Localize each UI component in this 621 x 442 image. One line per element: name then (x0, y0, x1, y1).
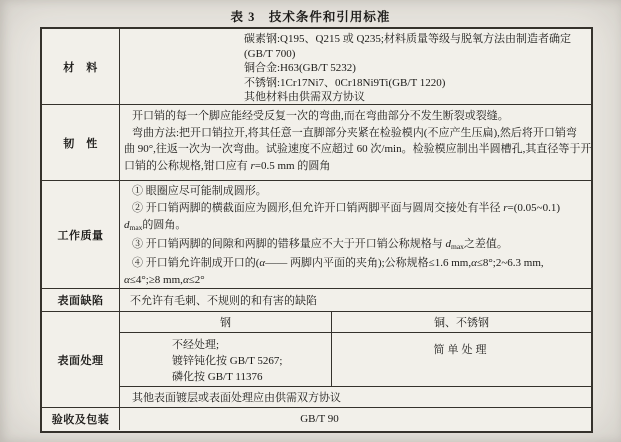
surface-treatment-row-label: 表面处理 (42, 312, 120, 407)
document-page: 表 3 技术条件和引用标准 材 料 碳素钢:Q195、Q215 或 Q235;材… (0, 0, 621, 442)
text-line: 其他材料由供需双方协议 (244, 90, 589, 104)
table-row-toughness: 韧 性 开口销的每一个脚应能经受反复一次的弯曲,而在弯曲部分不发生断裂或裂缝。弯… (42, 104, 591, 180)
standards-table: 材 料 碳素钢:Q195、Q215 或 Q235;材料质量等级与脱氧方法由制造者… (40, 27, 593, 433)
steel-treatment-cell: 不经处理;镀锌钝化按 GB/T 5267;磷化按 GB/T 11376 (120, 333, 332, 386)
material-content: 碳素钢:Q195、Q215 或 Q235;材料质量等级与脱氧方法由制造者确定(G… (120, 29, 591, 104)
text-line: ③ 开口销两脚的间隙和两脚的错移量应不大于开口销公称规格与 dmax之差值。 (124, 236, 589, 255)
surface-defects-row-label: 表面缺陷 (42, 289, 120, 311)
work-quality-row-label: 工作质量 (42, 181, 120, 288)
acceptance-content: GB/T 90 (120, 408, 591, 430)
table-row-acceptance-packaging: 验收及包装 GB/T 90 (42, 407, 591, 430)
table-title: 表 3 技术条件和引用标准 (0, 7, 621, 25)
table-row-surface-defects: 表面缺陷 不允许有毛刺、不规则的和有害的缺陷 (42, 288, 591, 311)
text-line: 碳素钢:Q195、Q215 或 Q235;材料质量等级与脱氧方法由制造者确定 (244, 32, 589, 47)
surface-defects-content: 不允许有毛刺、不规则的和有害的缺陷 (120, 289, 591, 311)
acceptance-row-label: 验收及包装 (42, 408, 120, 430)
text-line: 镀锌钝化按 GB/T 5267; (172, 353, 331, 369)
text-line: 铜合金:H63(GB/T 5232) (244, 61, 589, 76)
copper-stainless-column-header: 铜、不锈钢 (332, 312, 591, 332)
other-coating-cell: 其他表面镀层或表面处理应由供需双方协议 (120, 386, 591, 407)
toughness-content: 开口销的每一个脚应能经受反复一次的弯曲,而在弯曲部分不发生断裂或裂缝。弯曲方法:… (120, 105, 591, 180)
table-row-work-quality: 工作质量 ① 眼圈应尽可能制成圆形。② 开口销两脚的横截面应为圆形,但允许开口销… (42, 180, 591, 288)
text-line: ④ 开口销允许制成开口的(α—— 两脚内平面的夹角);公称规格≤1.6 mm,α… (124, 255, 589, 272)
steel-column-header: 钢 (120, 312, 332, 332)
text-line: ② 开口销两脚的横截面应为圆形,但允许开口销两脚平面与圆周交接处有半径 r=(0… (124, 200, 589, 217)
text-line: 不锈钢:1Cr17Ni7、0Cr18Ni9Ti(GB/T 1220) (244, 76, 589, 91)
surface-treatment-content: 钢 铜、不锈钢 不经处理;镀锌钝化按 GB/T 5267;磷化按 GB/T 11… (120, 312, 591, 407)
surface-treatment-header-row: 钢 铜、不锈钢 (120, 312, 591, 332)
material-row-label: 材 料 (42, 29, 120, 104)
work-quality-content: ① 眼圈应尽可能制成圆形。② 开口销两脚的横截面应为圆形,但允许开口销两脚平面与… (120, 181, 591, 288)
text-line: 开口销的每一个脚应能经受反复一次的弯曲,而在弯曲部分不发生断裂或裂缝。 (124, 108, 589, 125)
toughness-row-label: 韧 性 (42, 105, 120, 180)
text-line: (GB/T 700) (244, 47, 589, 62)
text-line: dmax的圆角。 (124, 217, 589, 236)
table-row-material: 材 料 碳素钢:Q195、Q215 或 Q235;材料质量等级与脱氧方法由制造者… (42, 29, 591, 104)
table-row-surface-treatment: 表面处理 钢 铜、不锈钢 不经处理;镀锌钝化按 GB/T 5267;磷化按 GB… (42, 311, 591, 407)
surface-treatment-body-row: 不经处理;镀锌钝化按 GB/T 5267;磷化按 GB/T 11376 简单处理 (120, 332, 591, 386)
text-line: 口销的公称规格,钳口应有 r=0.5 mm 的圆角 (124, 158, 589, 175)
text-line: α≤4°;≥8 mm,α≤2° (124, 272, 589, 288)
text-line: 不经处理; (172, 337, 331, 353)
text-line: ① 眼圈应尽可能制成圆形。 (124, 183, 589, 200)
text-line: 曲 90°,往返一次为一次弯曲。试验速度不应超过 60 次/min。检验模应制出… (124, 141, 589, 158)
copper-stainless-treatment-cell: 简单处理 (332, 333, 591, 386)
text-line: 磷化按 GB/T 11376 (172, 369, 331, 385)
text-line: 弯曲方法:把开口销拉开,将其任意一直脚部分夹紧在检验模内(不应产生压扁),然后将… (124, 125, 589, 142)
